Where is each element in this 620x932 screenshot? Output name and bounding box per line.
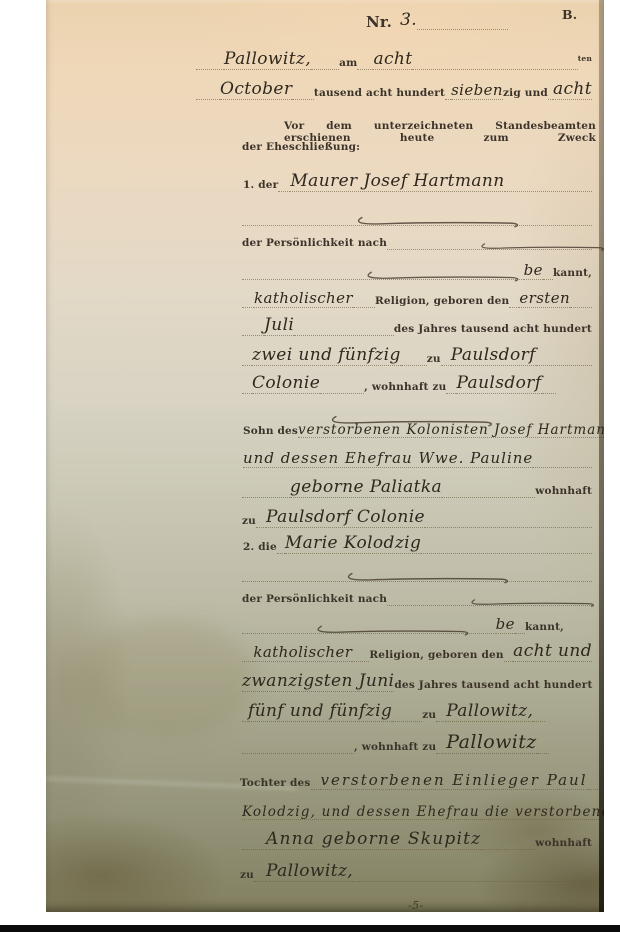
residence-line-bride: , wohnhaft zu Pallowitz — [242, 732, 592, 754]
jahres-label-bride: des Jahres tausend acht hundert — [394, 680, 592, 692]
father-line-groom: Sohn des verstorbenen Kolonisten Josef H… — [243, 416, 600, 438]
be-handwritten-bride: be — [496, 617, 515, 634]
dotted-rule — [242, 580, 592, 582]
year-tens-handwritten: sieben — [451, 83, 503, 100]
bottom-black-bar — [0, 925, 620, 932]
dotted-rule — [242, 752, 354, 754]
father2-handwritten-bride: Kolodzig, und dessen Ehefrau die verstor… — [242, 805, 604, 820]
dotted-rule — [441, 364, 451, 366]
dotted-rule — [392, 720, 422, 722]
religion-geboren-label-bride: Religion, geboren den — [369, 650, 503, 662]
persoenlichkeit-line-groom: der Persönlichkeit nach — [242, 228, 592, 250]
birth-place-handwritten-groom: Paulsdorf — [451, 347, 536, 366]
persoenlichkeit-label: der Persönlichkeit nach — [242, 238, 387, 250]
dotted-rule — [242, 496, 290, 498]
dotted-rule — [446, 392, 456, 394]
dotted-rule — [436, 752, 446, 754]
dotted-rule — [311, 788, 321, 790]
nr-label: Nr. — [366, 14, 392, 31]
jahres-label-groom: des Jahres tausend acht hundert — [394, 324, 592, 336]
page-number-line: -5- — [408, 890, 424, 912]
dotted-rule — [417, 28, 508, 30]
mother-maiden-line-groom: geborne Paliatka wohnhaft — [242, 476, 592, 498]
birth-month-line-groom: Juli des Jahres tausend acht hundert — [242, 314, 592, 336]
religion-handwritten-bride: katholischer — [253, 645, 352, 662]
dotted-rule — [543, 278, 553, 280]
dotted-rule — [320, 392, 364, 394]
birth-month-line-bride: zwanzigsten Juni des Jahres tausend acht… — [242, 670, 592, 692]
dotted-rule — [412, 68, 577, 70]
am-label: am — [339, 58, 357, 70]
dotted-rule — [292, 98, 314, 100]
birth-month-handwritten-groom: Juli — [264, 317, 294, 336]
father-handwritten-groom: verstorbenen Kolonisten Josef Hartmann — [298, 423, 604, 438]
dotted-rule — [254, 880, 266, 882]
dotted-rule — [311, 68, 339, 70]
religion-geboren-label: Religion, geboren den — [375, 296, 509, 308]
birth-day-handwritten-bride: acht und — [513, 643, 592, 662]
scanned-document-page: Nr. 3. B. Pallowitz, am acht ten October… — [46, 0, 604, 912]
pen-flourish-icon — [312, 623, 472, 636]
dotted-rule — [294, 334, 394, 336]
intro-line-2: der Eheschließung: — [242, 141, 360, 153]
birth-place2-handwritten-groom: Colonie — [252, 375, 320, 394]
dotted-rule — [505, 190, 592, 192]
dotted-rule — [196, 68, 224, 70]
wohnhaft-zu-label-bride: , wohnhaft zu — [354, 742, 436, 754]
dotted-rule — [387, 604, 592, 606]
birth-year-place-line-groom: zwei und fünfzig zu Paulsdorf — [242, 344, 592, 366]
dotted-rule — [242, 392, 252, 394]
residence-handwritten-groom: Paulsdorf — [456, 375, 541, 394]
birth-year-handwritten-bride: fünf und fünfzig — [248, 703, 392, 722]
dotted-rule — [537, 752, 549, 754]
ten-suffix-label: ten — [578, 55, 592, 63]
spacer — [392, 8, 400, 30]
wohnhaft-zu-label-groom: , wohnhaft zu — [364, 382, 446, 394]
residence-handwritten-bride: Pallowitz — [446, 733, 536, 754]
screenshot-root: { "doc": { "corner": "B.", "nr_label": "… — [0, 0, 620, 932]
dotted-rule — [242, 848, 266, 850]
dotted-rule — [242, 660, 253, 662]
father-handwritten-bride: verstorbenen Einlieger Paul — [321, 773, 588, 790]
groom-name-handwritten: Maurer Josef Hartmann — [290, 173, 504, 192]
dotted-rule — [536, 364, 592, 366]
religion-line-bride: katholischer Religion, geboren den acht … — [242, 640, 592, 662]
dotted-rule — [542, 392, 556, 394]
dotted-rule — [515, 632, 525, 634]
groom-name-line: 1. der Maurer Josef Hartmann — [243, 170, 592, 192]
parents-residence-handwritten-bride: Pallowitz, — [266, 863, 353, 882]
dotted-rule — [277, 552, 285, 554]
paper-stain — [76, 620, 256, 740]
father-line-bride: Tochter des verstorbenen Einlieger Paul — [240, 768, 598, 790]
bride-name-handwritten: Marie Kolodzig — [285, 535, 421, 554]
corner-mark: B. — [562, 0, 577, 22]
bekannt-line-groom: be kannt, — [242, 258, 592, 280]
dotted-rule — [387, 248, 592, 250]
sohn-des-label: Sohn des — [243, 426, 298, 438]
pen-flourish-icon — [467, 596, 597, 608]
dotted-rule — [504, 660, 513, 662]
zu-label-parents-bride: zu — [240, 870, 254, 882]
record-number-line: Nr. 3. — [366, 8, 508, 30]
dotted-rule — [256, 526, 266, 528]
dotted-rule — [421, 552, 592, 554]
month-handwritten: October — [220, 81, 292, 100]
dotted-rule — [242, 306, 254, 308]
zu-label-bride: zu — [422, 710, 436, 722]
dotted-rule — [442, 496, 535, 498]
mother-maiden-handwritten-groom: geborne Paliatka — [290, 479, 442, 498]
dotted-rule — [509, 306, 519, 308]
dotted-rule — [353, 306, 375, 308]
mother-handwritten-groom: und dessen Ehefrau Wwe. Pauline — [243, 451, 533, 468]
dotted-rule — [570, 306, 592, 308]
mother-line-groom: und dessen Ehefrau Wwe. Pauline — [243, 446, 592, 468]
dotted-rule — [425, 526, 592, 528]
parents-residence-line-groom: zu Paulsdorf Colonie — [242, 506, 592, 528]
dotted-rule — [353, 880, 592, 882]
groom-prefix-label: 1. der — [243, 180, 278, 192]
bride-prefix-label: 2. die — [243, 542, 277, 554]
dotted-rule — [436, 720, 446, 722]
bekannt-line-bride: be kannt, — [242, 612, 564, 634]
dotted-rule — [481, 848, 535, 850]
mother-handwritten-bride: Anna geborne Skupitz — [266, 831, 481, 850]
parents-residence-line-bride: zu Pallowitz, — [240, 860, 592, 882]
dotted-rule — [588, 788, 598, 790]
dotted-rule — [352, 660, 369, 662]
pen-flourish-icon — [477, 240, 604, 252]
birth-year-handwritten-groom: zwei und fünfzig — [252, 347, 401, 366]
dotted-rule — [357, 68, 373, 70]
bride-name-line: 2. die Marie Kolodzig — [243, 532, 592, 554]
residence-line-groom: Colonie , wohnhaft zu Paulsdorf — [242, 372, 592, 394]
dotted-rule — [401, 364, 427, 366]
parents-residence-handwritten-groom: Paulsdorf Colonie — [266, 509, 425, 528]
zu-label: zu — [427, 354, 441, 366]
dotted-rule — [242, 364, 252, 366]
record-number-value: 3. — [400, 12, 417, 30]
day-handwritten: acht — [373, 51, 412, 70]
page-number: -5- — [408, 900, 424, 912]
tausend-label: tausend acht hundert — [314, 88, 445, 100]
pen-flourish-icon — [362, 269, 522, 282]
zig-und-label: zig und — [503, 88, 548, 100]
corner-letter: B. — [562, 8, 577, 22]
kannt-label: kannt, — [553, 268, 592, 280]
place-handwritten: Pallowitz, — [224, 51, 311, 70]
religion-handwritten-groom: katholischer — [254, 291, 353, 308]
dotted-rule — [196, 98, 220, 100]
place-date-line: Pallowitz, am acht ten — [196, 48, 592, 70]
blank-ruled-line — [242, 204, 592, 226]
wohnhaft-label-bride: wohnhaft — [535, 838, 592, 850]
tochter-des-label: Tochter des — [240, 778, 311, 790]
month-year-line: October tausend acht hundert sieben zig … — [196, 78, 592, 100]
year-ones-handwritten: acht — [553, 81, 592, 100]
pen-flourish-icon — [352, 214, 522, 228]
religion-line-groom: katholischer Religion, geboren den erste… — [242, 286, 592, 308]
wohnhaft-label-groom: wohnhaft — [535, 486, 592, 498]
dotted-rule — [533, 720, 545, 722]
birth-year-place-line-bride: fünf und fünfzig zu Pallowitz, — [242, 700, 592, 722]
mother-maiden-line-bride: Anna geborne Skupitz wohnhaft — [242, 828, 592, 850]
birth-place-handwritten-bride: Pallowitz, — [446, 703, 533, 722]
zu-label-parents-groom: zu — [242, 516, 256, 528]
birth-day2-handwritten-bride: zwanzigsten Juni — [242, 673, 394, 692]
dotted-rule — [242, 278, 524, 280]
pen-flourish-icon — [342, 570, 512, 584]
persoenlichkeit-label-bride: der Persönlichkeit nach — [242, 594, 387, 606]
kannt-label-bride: kannt, — [525, 622, 564, 634]
mother-line-bride: Kolodzig, und dessen Ehefrau die verstor… — [242, 798, 592, 820]
dotted-rule — [242, 632, 496, 634]
blank-ruled-line — [242, 560, 592, 582]
birth-day-handwritten-groom: ersten — [519, 291, 570, 308]
dotted-rule — [242, 334, 264, 336]
be-handwritten: be — [524, 263, 543, 280]
dotted-rule — [242, 224, 592, 226]
dotted-rule — [533, 466, 592, 468]
persoenlichkeit-line-bride: der Persönlichkeit nach — [242, 584, 592, 606]
dotted-rule — [278, 190, 290, 192]
